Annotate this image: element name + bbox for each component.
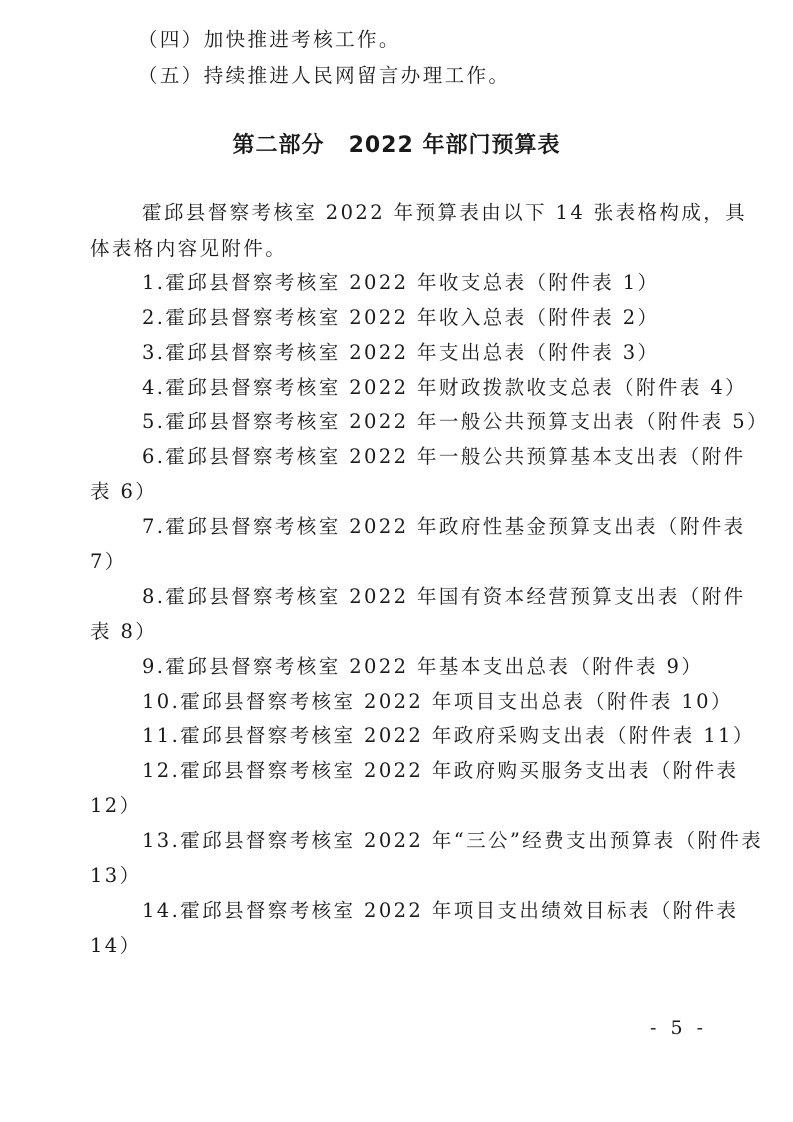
- list-item-2: 2.霍邱县督察考核室 2022 年收入总表（附件表 2）: [142, 306, 702, 330]
- list-item-12: 12.霍邱县督察考核室 2022 年政府购买服务支出表（附件表: [142, 759, 702, 783]
- list-item-14-cont: 14）: [90, 934, 702, 958]
- list-item-6-cont: 表 6）: [90, 480, 702, 504]
- page-number: - 5 -: [650, 1017, 707, 1039]
- intro-line-2: 体表格内容见附件。: [90, 237, 702, 261]
- list-item-12-cont: 12）: [90, 794, 702, 818]
- list-item-4: 4.霍邱县督察考核室 2022 年财政拨款收支总表（附件表 4）: [142, 376, 702, 400]
- paragraph-item-4: （四）加快推进考核工作。: [138, 28, 750, 52]
- section-heading: 第二部分2022 年部门预算表: [0, 128, 793, 159]
- paragraph-item-5: （五）持续推进人民网留言办理工作。: [138, 64, 750, 88]
- list-item-6: 6.霍邱县督察考核室 2022 年一般公共预算基本支出表（附件: [142, 445, 702, 469]
- list-item-10: 10.霍邱县督察考核室 2022 年项目支出总表（附件表 10）: [142, 690, 702, 714]
- list-item-9: 9.霍邱县督察考核室 2022 年基本支出总表（附件表 9）: [142, 655, 702, 679]
- document-page: （四）加快推进考核工作。 （五）持续推进人民网留言办理工作。 第二部分2022 …: [0, 0, 793, 1122]
- intro-line-1: 霍邱县督察考核室 2022 年预算表由以下 14 张表格构成，具: [142, 201, 702, 225]
- list-item-13: 13.霍邱县督察考核室 2022 年“三公”经费支出预算表（附件表: [142, 829, 702, 853]
- section-title: 2022 年部门预算表: [349, 133, 561, 158]
- list-item-1: 1.霍邱县督察考核室 2022 年收支总表（附件表 1）: [142, 271, 702, 295]
- list-item-7-cont: 7）: [90, 550, 702, 574]
- list-item-5: 5.霍邱县督察考核室 2022 年一般公共预算支出表（附件表 5）: [142, 410, 702, 434]
- list-item-8-cont: 表 8）: [90, 620, 702, 644]
- list-item-7: 7.霍邱县督察考核室 2022 年政府性基金预算支出表（附件表: [142, 515, 702, 539]
- list-item-13-cont: 13）: [90, 864, 702, 888]
- list-item-11: 11.霍邱县督察考核室 2022 年政府采购支出表（附件表 11）: [142, 724, 702, 748]
- list-item-8: 8.霍邱县督察考核室 2022 年国有资本经营预算支出表（附件: [142, 585, 702, 609]
- list-item-14: 14.霍邱县督察考核室 2022 年项目支出绩效目标表（附件表: [142, 899, 702, 923]
- section-part-label: 第二部分: [233, 133, 325, 158]
- list-item-3: 3.霍邱县督察考核室 2022 年支出总表（附件表 3）: [142, 341, 702, 365]
